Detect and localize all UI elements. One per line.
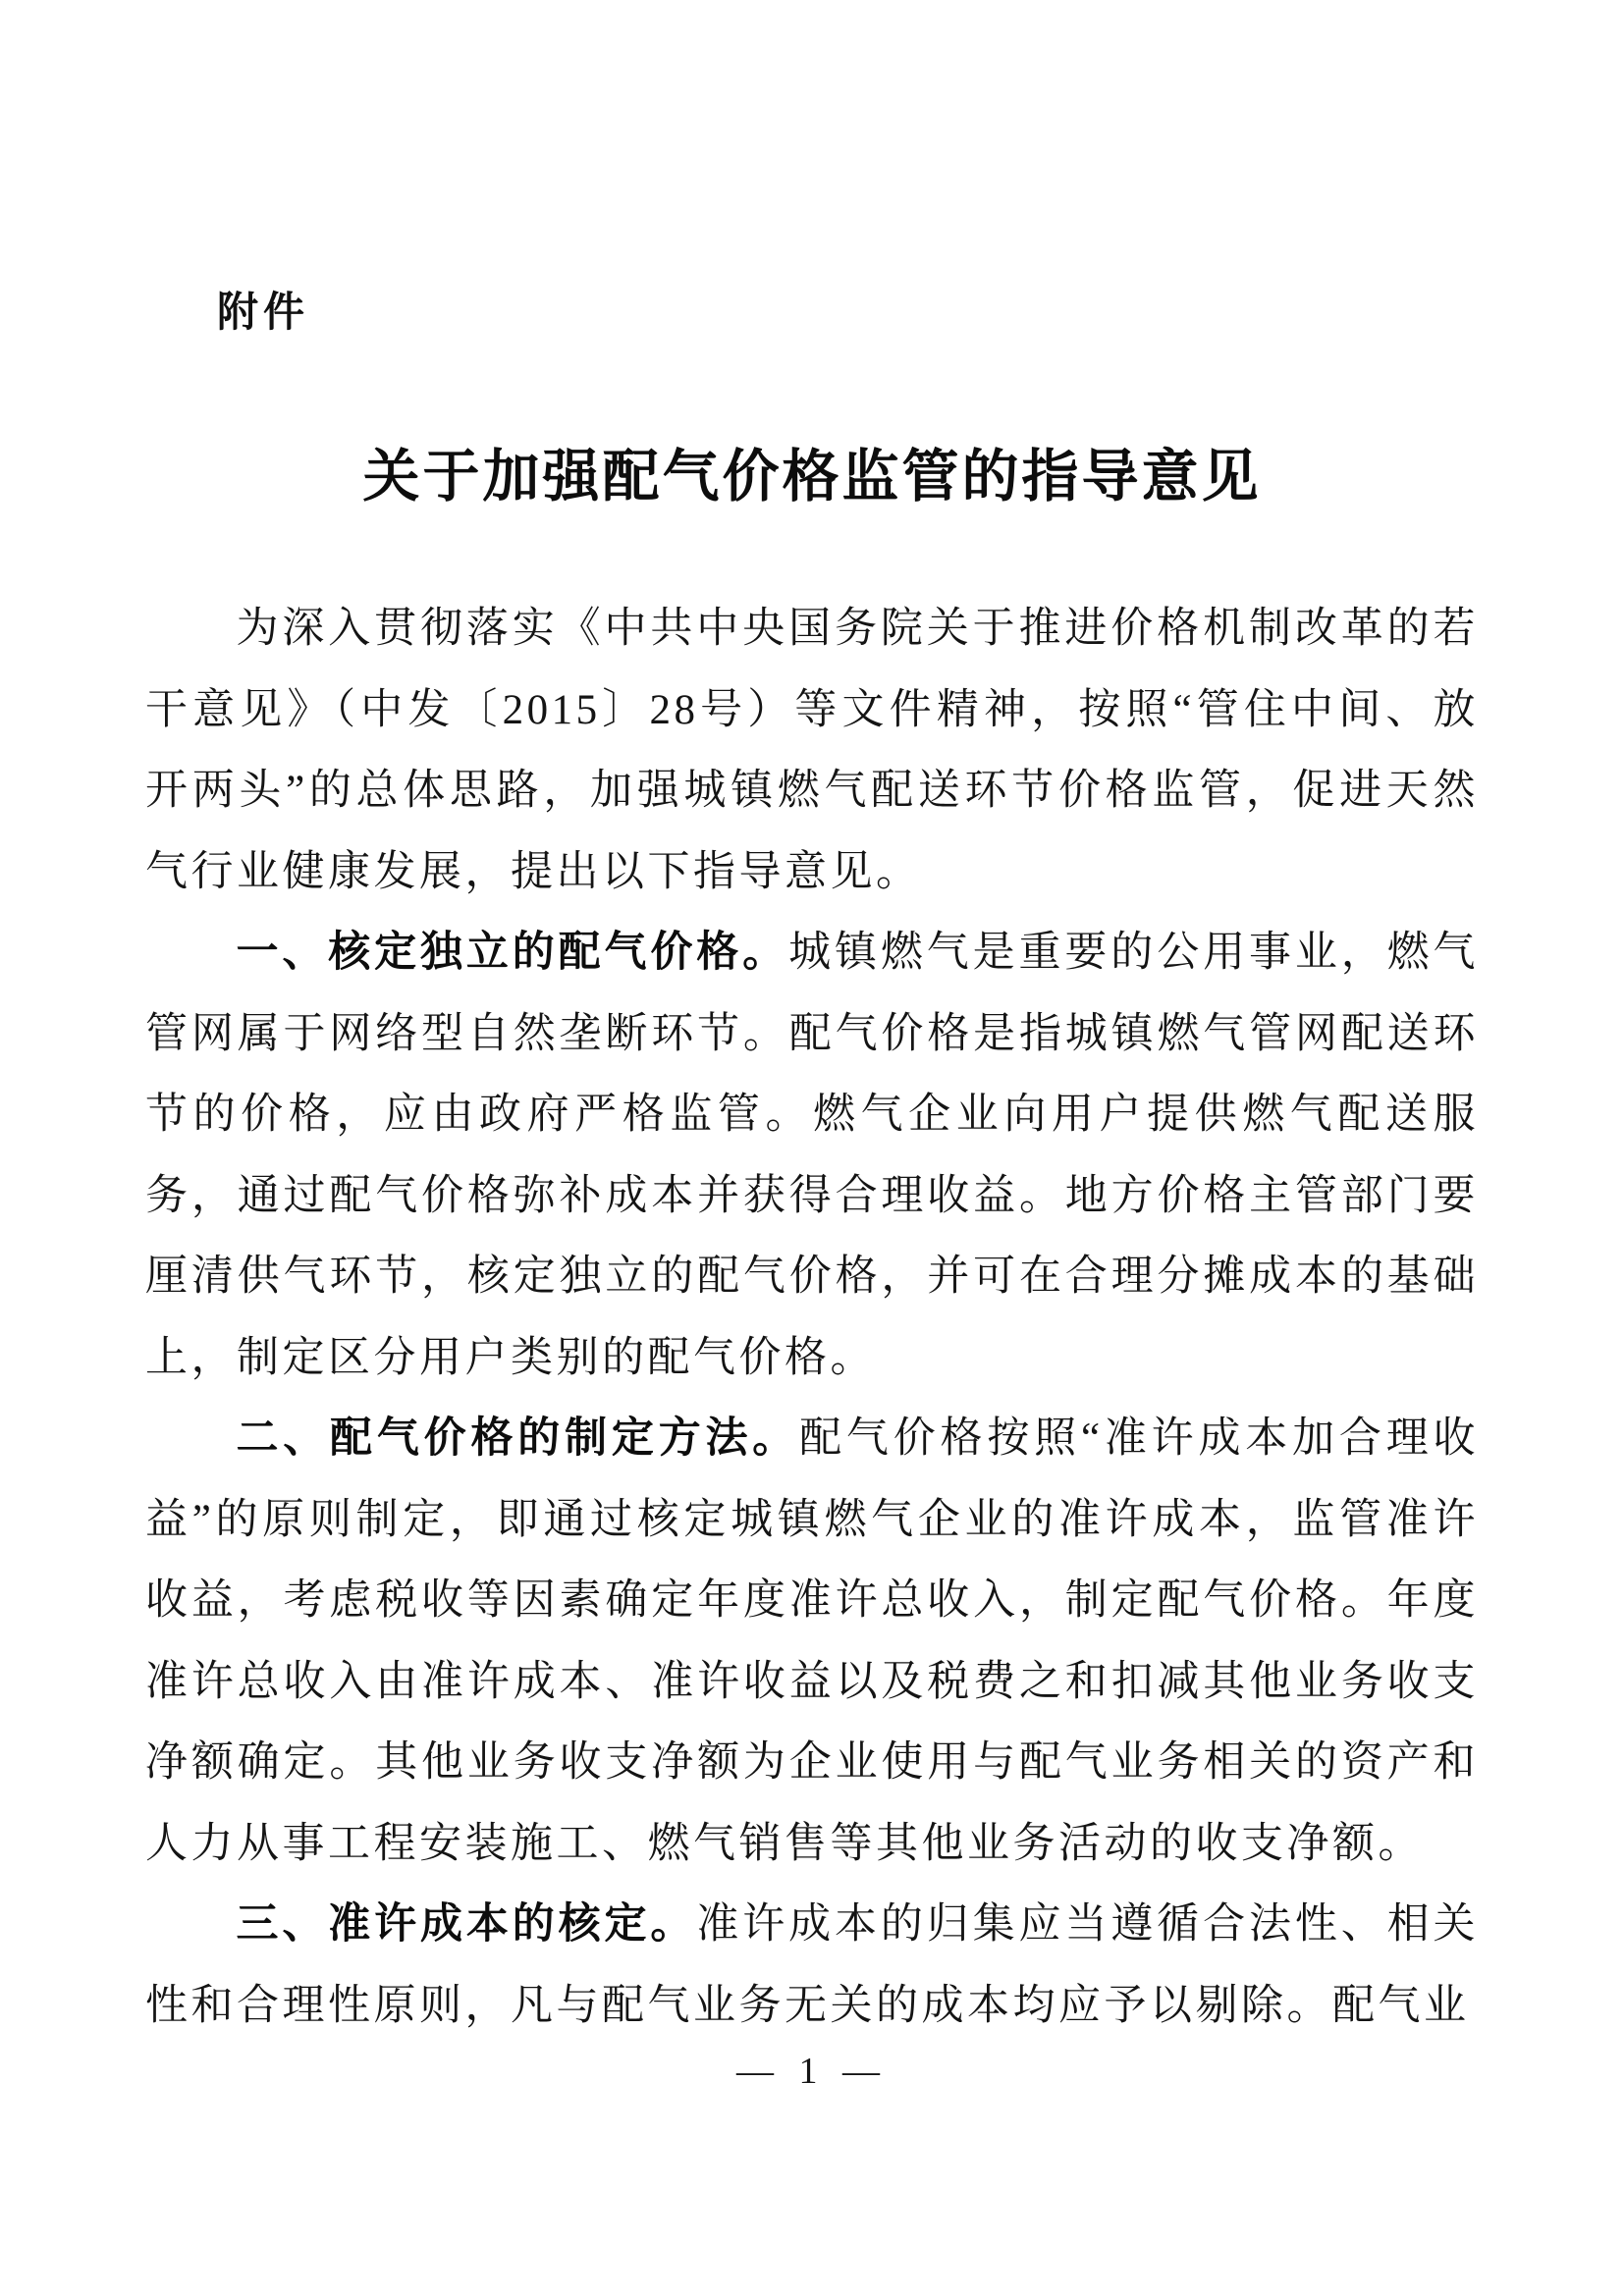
paragraph-lead: 二、配气价格的制定方法。 <box>236 1415 799 1462</box>
paragraph-text: 为深入贯彻落实《中共中央国务院关于推进价格机制改革的若干意见》（中发〔2015〕… <box>145 606 1479 895</box>
document-page: 附件 关于加强配气价格监管的指导意见 为深入贯彻落实《中共中央国务院关于推进价格… <box>0 0 1624 2296</box>
paragraph-section-1: 一、核定独立的配气价格。城镇燃气是重要的公用事业，燃气管网属于网络型自然垄断环节… <box>145 913 1479 1399</box>
paragraph-lead: 一、核定独立的配气价格。 <box>236 930 788 976</box>
paragraph-intro: 为深入贯彻落实《中共中央国务院关于推进价格机制改革的若干意见》（中发〔2015〕… <box>145 589 1479 913</box>
paragraph-section-3: 三、准许成本的核定。准许成本的归集应当遵循合法性、相关性和合理性原则，凡与配气业… <box>145 1885 1479 2047</box>
paragraph-section-2: 二、配气价格的制定方法。配气价格按照“准许成本加合理收益”的原则制定，即通过核定… <box>145 1399 1479 1885</box>
paragraph-text: 城镇燃气是重要的公用事业，燃气管网属于网络型自然垄断环节。配气价格是指城镇燃气管… <box>145 930 1479 1381</box>
document-title: 关于加强配气价格监管的指导意见 <box>0 430 1624 512</box>
document-body: 为深入贯彻落实《中共中央国务院关于推进价格机制改革的若干意见》（中发〔2015〕… <box>145 589 1479 2047</box>
paragraph-text: 配气价格按照“准许成本加合理收益”的原则制定，即通过核定城镇燃气企业的准许成本，… <box>145 1415 1479 1867</box>
page-number: — 1 — <box>0 2050 1624 2093</box>
attachment-label: 附件 <box>217 280 309 339</box>
paragraph-lead: 三、准许成本的核定。 <box>236 1901 696 1948</box>
